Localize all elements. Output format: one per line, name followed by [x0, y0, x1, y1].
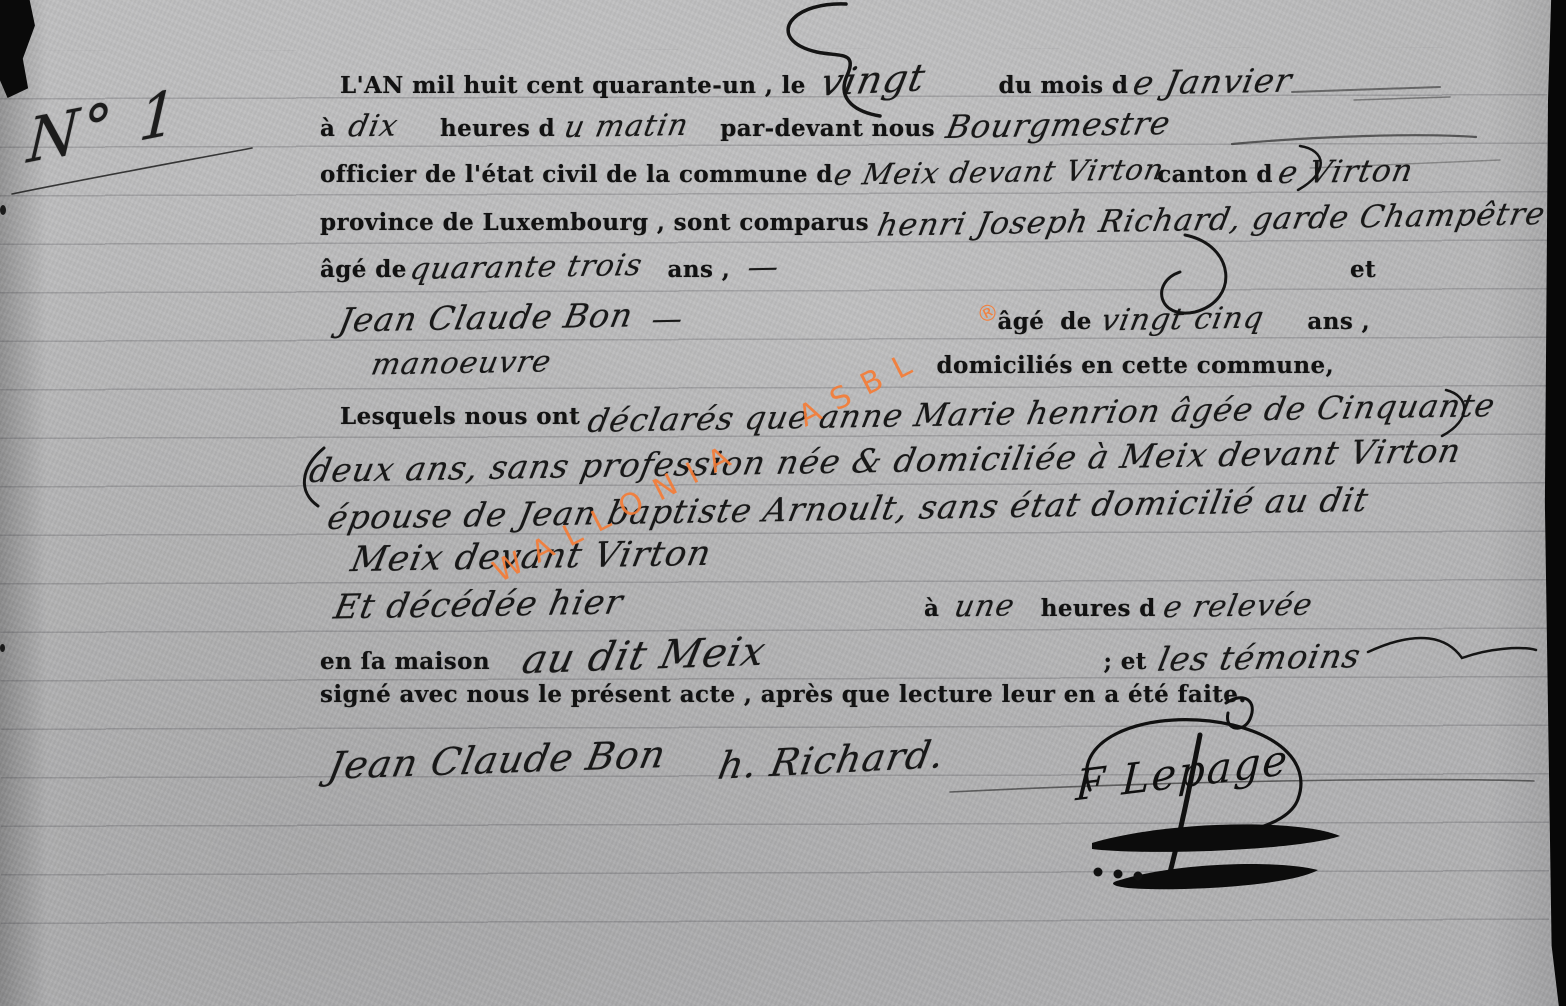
handwritten-meridiem: u matin	[561, 108, 691, 145]
form-line-11: Meix devant Virton	[352, 537, 710, 577]
printed-segment: à	[320, 115, 335, 142]
form-line-1: L'AN mil huit cent quarante-un , le ving…	[340, 58, 1292, 102]
printed-segment: ans ,	[668, 256, 731, 283]
handwritten-canton: e Virton	[1275, 153, 1416, 191]
signature-lepage: F Lepage	[1074, 735, 1290, 811]
printed-segment: ans ,	[1307, 308, 1370, 335]
printed-segment: canton d	[1157, 161, 1273, 188]
signature-jean-claude-bon: Jean Claude Bon	[324, 732, 670, 788]
printed-segment: L'AN mil huit cent quarante-un , le	[340, 72, 806, 99]
fill-dash-stroke	[1292, 87, 1440, 92]
form-line-2: à dix heures d u matin par-devant nous B…	[320, 106, 1170, 144]
printed-segment: en ſa maison	[320, 648, 490, 675]
printed-segment: Lesquels nous ont	[340, 403, 580, 430]
signatures-row: Jean Claude Bon h. Richard.	[330, 738, 944, 782]
printed-segment: âgé	[997, 308, 1044, 335]
form-line-12: Et décédée hier à une heures d e relevée	[335, 585, 1312, 625]
handwritten-age-1: quarante trois	[407, 248, 645, 287]
form-line-14: signé avec nous le présent acte , après …	[320, 681, 1247, 708]
handwritten-commune: e Meix devant Virton	[831, 152, 1167, 192]
scan-corner-blob	[0, 0, 38, 98]
document-scan: N° 1 L'AN mil huit cent quarante-un , le…	[0, 0, 1566, 1006]
handwritten-witnesses: les témoins	[1155, 636, 1365, 679]
printed-segment: province de Luxembourg , sont comparus	[320, 209, 869, 236]
form-line-9: deux ans, sans profession née & domicili…	[312, 441, 1459, 480]
printed-segment: heures d	[1041, 595, 1156, 622]
edge-speck	[0, 644, 5, 652]
handwritten-dash: —	[745, 250, 783, 286]
signature-richard: h. Richard.	[715, 732, 949, 788]
printed-segment: de	[1060, 308, 1092, 335]
form-line-13: en ſa maison au dit Meix ; et les témoin…	[320, 633, 1360, 679]
printed-segment: et	[1350, 256, 1376, 283]
form-line-3: officier de l'état civil de la commune d…	[320, 154, 1413, 190]
edge-speck	[0, 205, 6, 215]
handwritten-death-statement: Et décédée hier	[331, 582, 627, 627]
printed-segment: officier de l'état civil de la commune d	[320, 161, 833, 188]
handwritten-dash: —	[649, 302, 687, 338]
printed-segment: ; et	[1103, 648, 1146, 675]
handwritten-declarant-2: Jean Claude Bon	[336, 295, 637, 339]
temoins-swash	[1368, 638, 1536, 658]
handwritten-declaration-4: Meix devant Virton	[347, 534, 714, 580]
margin-act-number: N° 1	[26, 76, 183, 178]
form-line-8: Lesquels nous ont déclarés que anne Mari…	[340, 394, 1494, 432]
printed-segment: par-devant nous	[720, 115, 935, 142]
fill-dash-stroke	[1232, 135, 1476, 144]
form-line-6: Jean Claude Bon — âgé de vingt cinq ans …	[340, 298, 1370, 337]
scan-edge-right	[1542, 0, 1566, 1006]
handwritten-month: e Janvier	[1130, 61, 1296, 103]
handwritten-death-meridiem: e relevée	[1160, 588, 1316, 626]
handwritten-hour: dix	[346, 109, 402, 145]
handwritten-day: vingt	[817, 55, 930, 104]
handwritten-death-place: au dit Meix	[518, 629, 770, 683]
form-line-5: âgé de quarante trois ans , — et	[320, 250, 1376, 285]
printed-segment: heures d	[440, 115, 555, 142]
handwritten-declaration-3: épouse de Jean baptiste Arnoult, sans ét…	[324, 480, 1372, 537]
form-line-10: épouse de Jean baptiste Arnoult, sans ét…	[330, 489, 1367, 528]
printed-segment: signé avec nous le présent acte , après …	[320, 681, 1247, 708]
handwritten-death-hour: une	[952, 588, 1018, 624]
fill-dash-stroke	[1354, 97, 1450, 100]
form-line-4: province de Luxembourg , sont comparus h…	[320, 202, 1544, 238]
printed-segment: à	[924, 595, 939, 622]
printed-segment: du mois d	[999, 72, 1129, 99]
printed-segment: âgé de	[320, 256, 407, 283]
form-line-7: manoeuvre domiciliés en cette commune,	[372, 346, 1334, 381]
handwritten-occupation: manoeuvre	[368, 344, 554, 382]
handwritten-declarant-1: henri Joseph Richard, garde Champêtre	[874, 196, 1548, 244]
handwritten-age-2: vingt cinq	[1098, 301, 1267, 339]
handwritten-officer-title: Bourgmestre	[943, 104, 1174, 146]
printed-segment: domiciliés en cette commune,	[937, 352, 1335, 379]
